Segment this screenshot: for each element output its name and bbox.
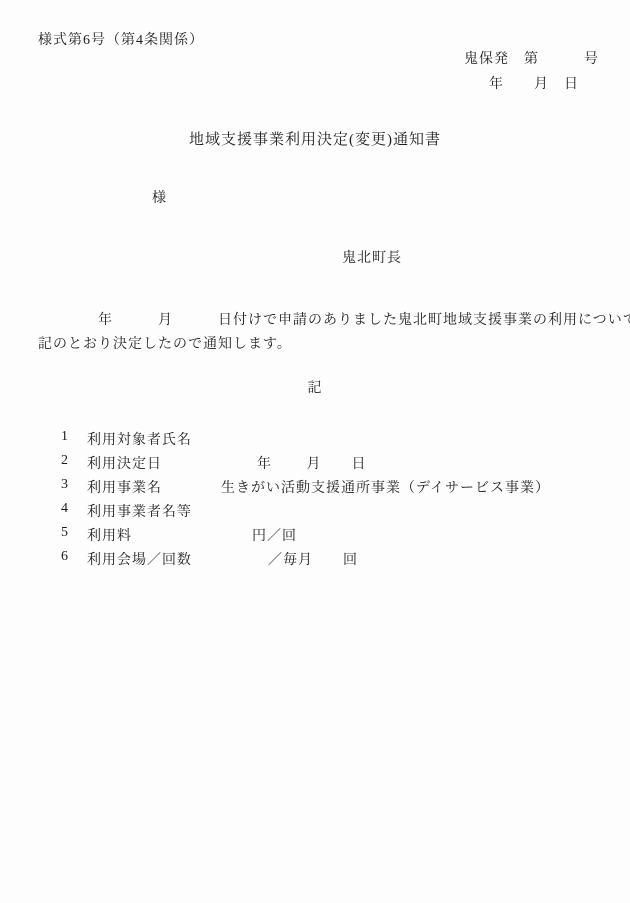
document-title: 地域支援事業利用決定(変更)通知書 bbox=[0, 130, 630, 150]
item-label: 利用対象者氏名 bbox=[87, 429, 192, 449]
item-value: 生きがい活動支援通所事業（デイサービス事業） bbox=[221, 477, 550, 497]
list-item: 1 利用対象者氏名 bbox=[0, 429, 630, 449]
item-number: 5 bbox=[61, 525, 69, 541]
body-paragraph-line-2: 記のとおり決定したので通知します。 bbox=[38, 335, 292, 355]
item-label: 利用決定日 bbox=[87, 453, 162, 473]
addressee-honorific: 様 bbox=[152, 189, 167, 209]
item-label: 利用会場／回数 bbox=[87, 549, 192, 569]
list-item: 6 利用会場／回数 ／毎月 回 bbox=[0, 549, 630, 569]
item-number: 6 bbox=[61, 549, 69, 565]
reference-number-line: 鬼保発 第 号 bbox=[464, 50, 599, 70]
item-number: 3 bbox=[61, 477, 69, 493]
body-paragraph-line-1: 年 月 日付けで申請のありました鬼北町地域支援事業の利用について、下 bbox=[38, 311, 630, 331]
reference-date-line: 年 月 日 bbox=[489, 75, 579, 95]
item-number: 2 bbox=[61, 453, 69, 469]
item-number: 4 bbox=[61, 501, 69, 517]
item-value: 年 月 日 bbox=[257, 453, 367, 473]
list-item: 3 利用事業名 生きがい活動支援通所事業（デイサービス事業） bbox=[0, 477, 630, 497]
document-page: 様式第6号（第4条関係） 鬼保発 第 号 年 月 日 地域支援事業利用決定(変更… bbox=[0, 0, 630, 903]
form-number: 様式第6号（第4条関係） bbox=[38, 31, 204, 51]
section-marker-ki: 記 bbox=[0, 379, 630, 399]
item-value: ／毎月 回 bbox=[268, 549, 358, 569]
sender-name: 鬼北町長 bbox=[342, 249, 402, 269]
item-label: 利用料 bbox=[87, 525, 132, 545]
list-item: 2 利用決定日 年 月 日 bbox=[0, 453, 630, 473]
item-label: 利用事業名 bbox=[87, 477, 162, 497]
item-label: 利用事業者名等 bbox=[87, 501, 192, 521]
item-value: 円／回 bbox=[252, 525, 297, 545]
item-number: 1 bbox=[61, 429, 69, 445]
list-item: 5 利用料 円／回 bbox=[0, 525, 630, 545]
list-item: 4 利用事業者名等 bbox=[0, 501, 630, 521]
